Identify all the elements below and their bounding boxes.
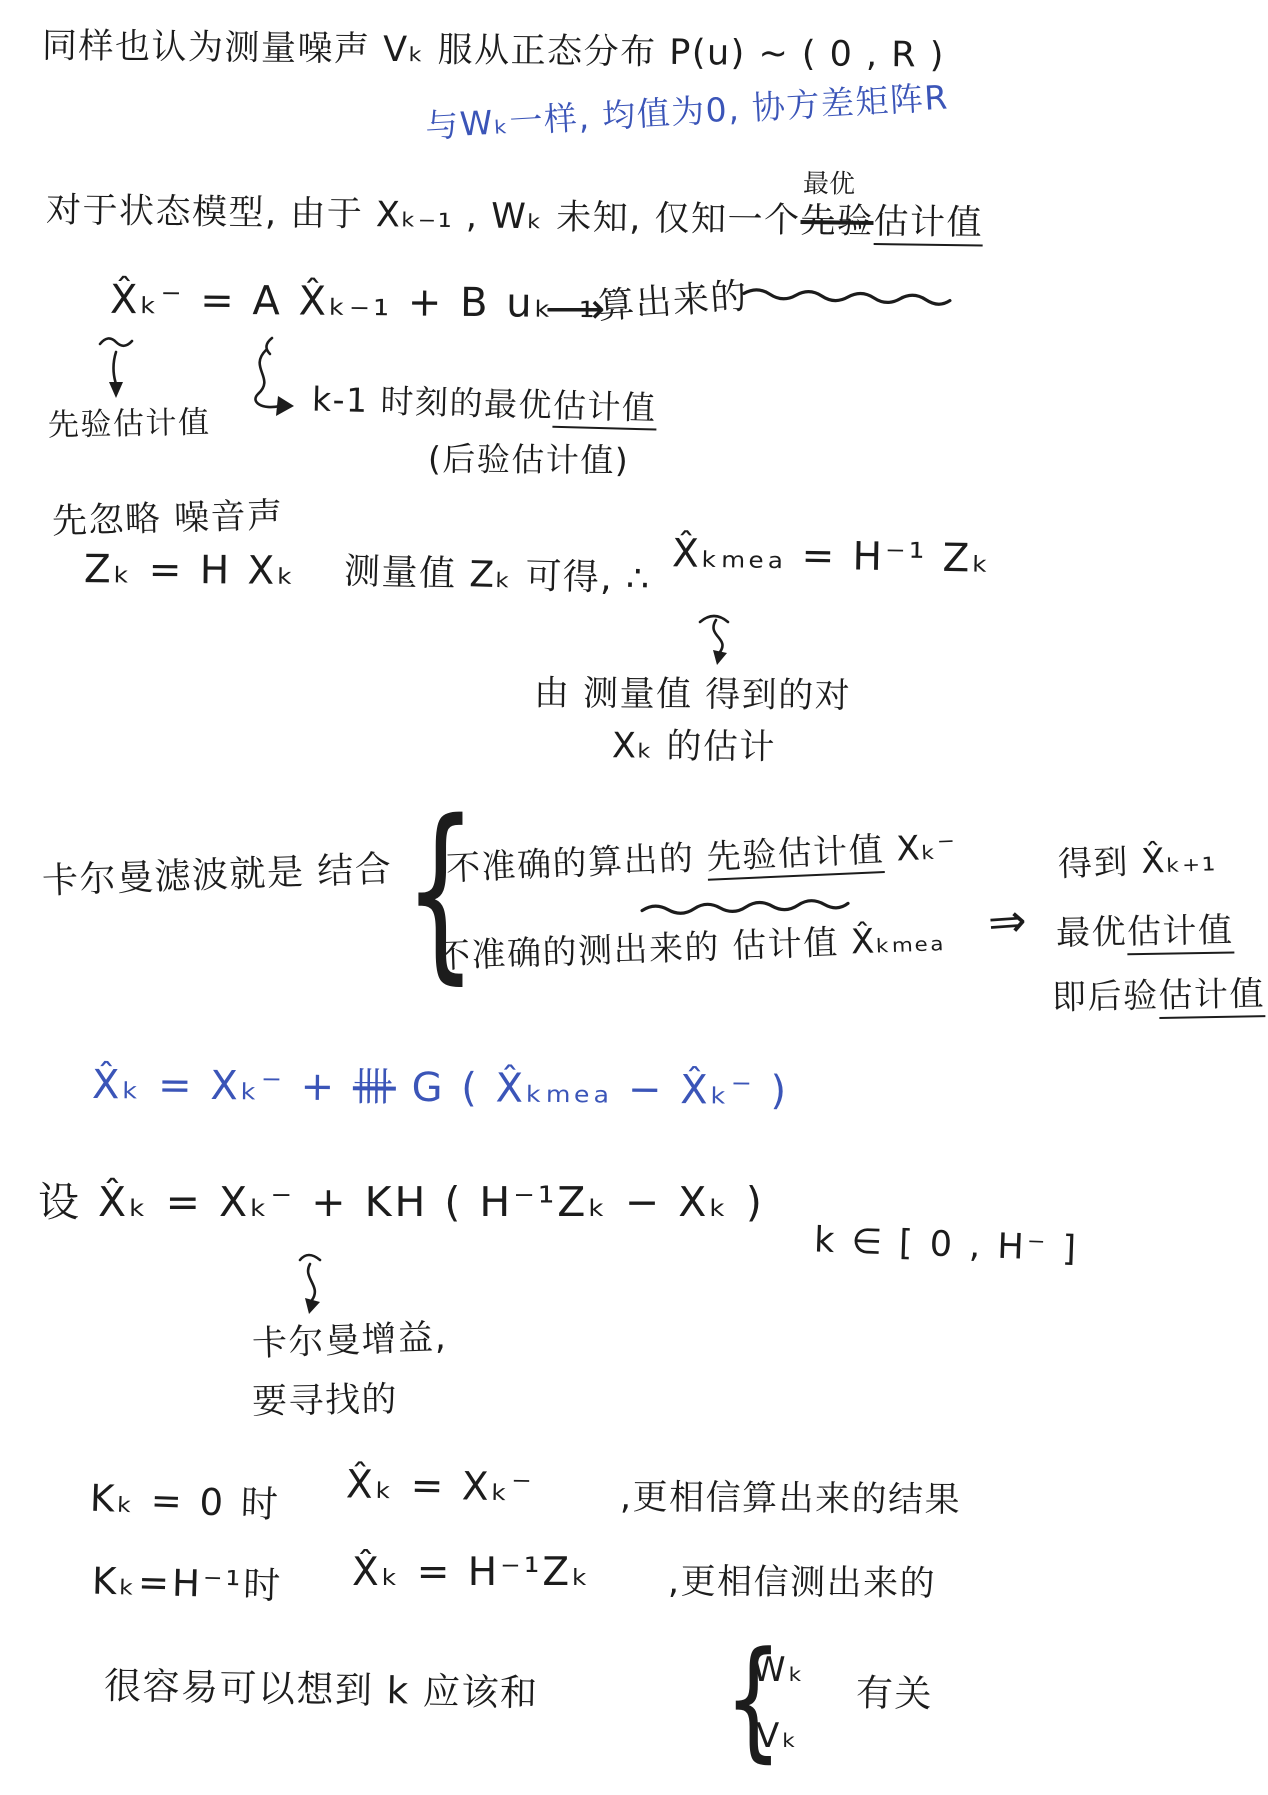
prev-best-pre: k-1 时刻的最优	[312, 379, 554, 424]
kalman-gain-note1: 卡尔曼增益,	[251, 1317, 447, 1366]
result2-underlined: 估计值	[1127, 910, 1234, 955]
computed-note: 算出来的	[597, 275, 750, 329]
noise-distribution-line: 同样也认为测量噪声 Vₖ 服从正态分布 P(u) ~ ( 0 , R )	[42, 25, 945, 76]
conclusion-related: 有关	[856, 1671, 934, 1717]
prev-best-underlined: 估计值	[552, 386, 657, 431]
case2-equation: X̂ₖ = H⁻¹Zₖ	[352, 1550, 592, 1597]
state-model-tail: 估计值	[873, 202, 983, 247]
prev-best-estimate-label: k-1 时刻的最优估计值	[312, 379, 657, 428]
down-arrow-annotation	[96, 336, 136, 408]
measurement-note-line2: Xₖ 的估计	[612, 725, 776, 768]
gain-formula-blue: X̂ₖ = Xₖ⁻ + 卌 G ( X̂ₖₘₑₐ − X̂ₖ⁻ )	[92, 1061, 790, 1115]
gain-squiggle-arrow	[292, 1252, 336, 1322]
combine-item1: 不准确的算出的 先验估计值 Xₖ⁻	[445, 827, 957, 890]
combine-result1: 得到 X̂ₖ₊₁	[1057, 839, 1217, 885]
curly-underbrace-annotation	[694, 612, 750, 670]
state-model-lead: 对于状态模型, 由于 Xₖ₋₁ , Wₖ 未知, 仅知一个	[46, 190, 801, 241]
state-model-line: 对于状态模型, 由于 Xₖ₋₁ , Wₖ 未知, 仅知一个最优先验估计值	[46, 189, 984, 244]
correction-above-text: 最优	[803, 169, 855, 201]
implies-arrow-icon: ⇒	[986, 893, 1030, 951]
kalman-gain-note2: 要寻找的	[252, 1379, 399, 1424]
posterior-paren-label: (后验估计值)	[428, 439, 630, 480]
measurement-mid-text: 测量值 Zₖ 可得, ∴	[343, 550, 651, 601]
kalman-combine-lead: 卡尔曼滤波就是 结合	[41, 848, 393, 903]
measurement-formula: Zₖ = H Xₖ	[84, 547, 297, 596]
case1-comment: ,更相信算出来的结果	[620, 1477, 961, 1522]
case2-comment: ,更相信测出来的	[668, 1561, 936, 1605]
combine-result3: 即后验估计值	[1052, 974, 1266, 1019]
measurement-note-line1: 由 测量值 得到的对	[534, 673, 852, 718]
combine-item2: 不准确的测出来的 估计值 X̂ₖₘₑₐ	[435, 919, 945, 978]
noise-note-blue-line: 与Wₖ一样, 均值为0, 协方差矩阵R	[424, 77, 949, 146]
handwritten-note-page: 同样也认为测量噪声 Vₖ 服从正态分布 P(u) ~ ( 0 , R ) 与Wₖ…	[0, 0, 1268, 1795]
result3-underlined: 估计值	[1158, 974, 1265, 1019]
conclusion-text: 很容易可以想到 k 应该和	[104, 1664, 539, 1716]
combine-result2: 最优估计值	[1056, 910, 1234, 954]
item1-symbol: Xₖ⁻	[883, 827, 957, 870]
correction-stack: 最优先验	[800, 200, 874, 243]
gain-range: k ∈ [ 0 , H⁻ ]	[813, 1219, 1079, 1270]
case2-condition: Kₖ=H⁻¹时	[91, 1560, 283, 1609]
item1-underlined: 先验估计值	[706, 830, 885, 881]
prior-estimate-label: 先验估计值	[48, 405, 211, 445]
prior-estimate-formula: X̂ₖ⁻ = A X̂ₖ₋₁ + B uₖ₋₁	[110, 276, 598, 328]
result3-pre: 即后验	[1052, 976, 1159, 1018]
wavy-underline-item1	[640, 894, 850, 917]
process-noise-symbol: Wₖ	[752, 1650, 806, 1691]
blue-formula-pre: X̂ₖ = Xₖ⁻ +	[92, 1062, 353, 1110]
measurement-noise-symbol: Vₖ	[756, 1716, 800, 1757]
set-gain-formula: 设 X̂ₖ = Xₖ⁻ + KH ( H⁻¹Zₖ − Xₖ )	[38, 1178, 765, 1227]
curved-arrow-annotation	[238, 334, 308, 420]
blue-formula-scribble: 卌	[353, 1064, 396, 1110]
blue-formula-post: G ( X̂ₖₘₑₐ − X̂ₖ⁻ )	[396, 1065, 790, 1114]
ignore-noise-line: 先忽略 噪音声	[51, 495, 284, 543]
item1-pre: 不准确的算出的	[445, 838, 707, 889]
case1-equation: X̂ₖ = Xₖ⁻	[346, 1462, 535, 1512]
crossed-out-text: 先验	[800, 201, 874, 242]
case1-condition: Kₖ = 0 时	[89, 1477, 281, 1528]
measurement-estimate-formula: X̂ₖₘₑₐ = H⁻¹ Zₖ	[672, 531, 993, 583]
wavy-underline	[742, 284, 952, 307]
result2-pre: 最优	[1056, 912, 1128, 953]
